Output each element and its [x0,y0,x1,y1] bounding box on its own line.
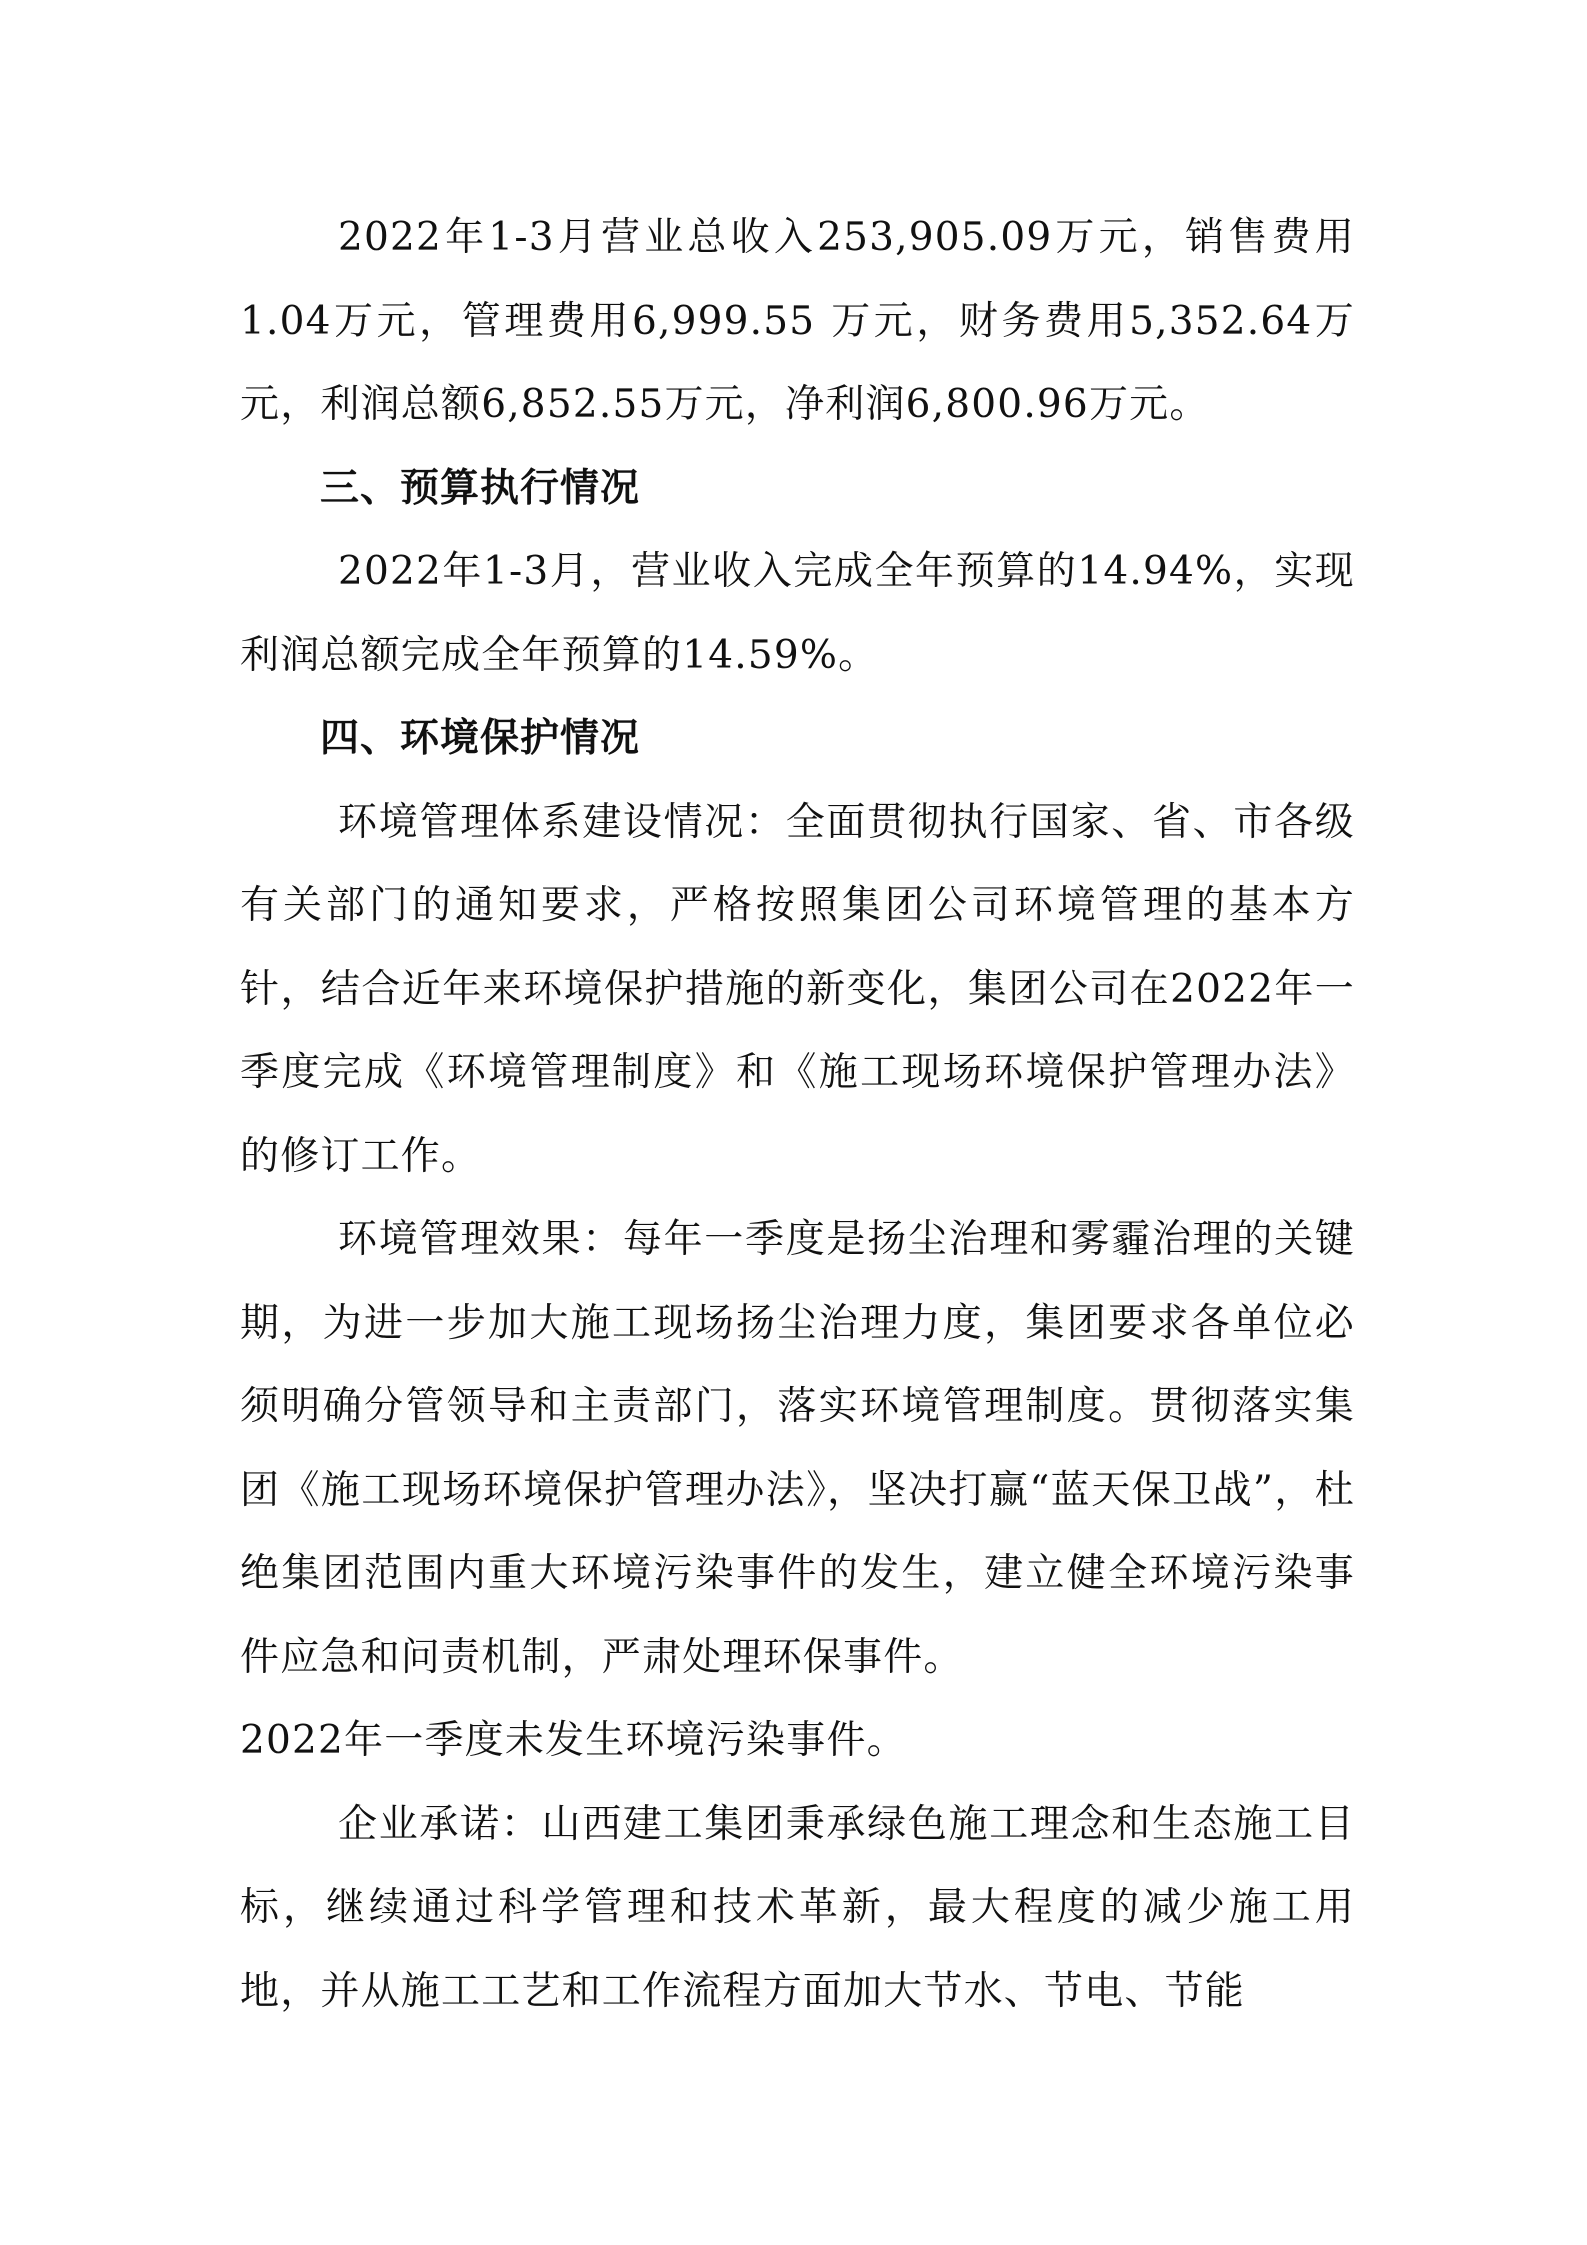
environment-protection-heading: 四、环境保护情况 [240,697,1355,781]
budget-execution-paragraph: 2022年1-3月，营业收入完成全年预算的14.94%，实现利润总额完成全年预算… [240,530,1355,697]
env-management-system-paragraph: 环境管理体系建设情况：全面贯彻执行国家、省、市各级有关部门的通知要求，严格按照集… [240,781,1355,1199]
document-page: 2022年1-3月营业总收入253,905.09万元，销售费用1.04万元，管理… [240,196,1355,2033]
env-management-effect-paragraph: 环境管理效果：每年一季度是扬尘治理和雾霾治理的关键期，为进一步加大施工现场扬尘治… [240,1198,1355,1699]
enterprise-commitment-paragraph: 企业承诺：山西建工集团秉承绿色施工理念和生态施工目标，继续通过科学管理和技术革新… [240,1783,1355,2034]
financial-summary-paragraph: 2022年1-3月营业总收入253,905.09万元，销售费用1.04万元，管理… [240,196,1355,447]
budget-execution-heading: 三、预算执行情况 [240,447,1355,531]
env-incident-result-paragraph: 2022年一季度未发生环境污染事件。 [240,1699,1355,1783]
